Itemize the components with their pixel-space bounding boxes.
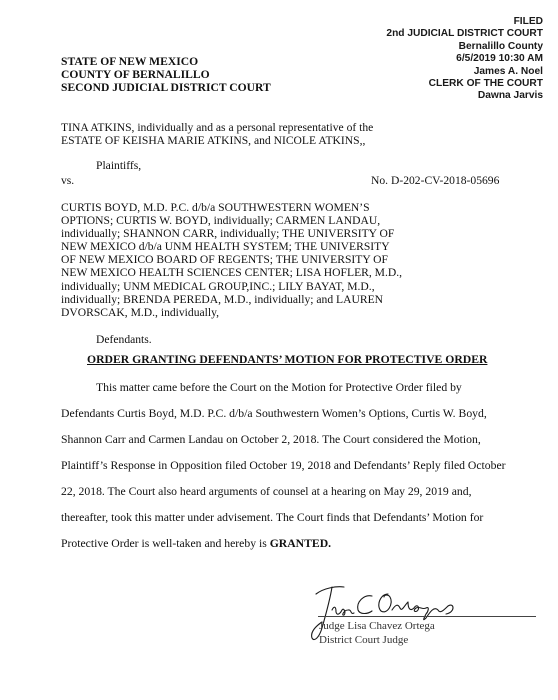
filed-stamp-line: 2nd JUDICIAL DISTRICT COURT	[386, 28, 543, 40]
defendants-line: individually; SHANNON CARR, individually…	[61, 227, 402, 240]
defendants-caption: CURTIS BOYD, M.D. P.C. d/b/a SOUTHWESTER…	[61, 201, 402, 319]
signature-block: Judge Lisa Chavez Ortega District Court …	[288, 582, 488, 652]
order-body-text: Protective Order is well-taken and hereb…	[61, 537, 270, 550]
order-body-line: 22, 2018. The Court also heard arguments…	[61, 485, 472, 498]
plaintiffs-label: Plaintiffs,	[96, 159, 141, 172]
filed-stamp-line: Bernalillo County	[386, 41, 543, 53]
granted-text: GRANTED.	[270, 537, 331, 550]
plaintiffs-line: TINA ATKINS, individually and as a perso…	[61, 121, 373, 134]
defendants-line: CURTIS BOYD, M.D. P.C. d/b/a SOUTHWESTER…	[61, 201, 402, 214]
plaintiffs-line: ESTATE OF KEISHA MARIE ATKINS, and NICOL…	[61, 134, 373, 147]
judge-name: Judge Lisa Chavez Ortega	[319, 620, 435, 632]
order-body-last-line: Protective Order is well-taken and hereb…	[61, 537, 331, 550]
filed-stamp-line: 6/5/2019 10:30 AM	[386, 53, 543, 65]
defendants-line: NEW MEXICO d/b/a UNM HEALTH SYSTEM; THE …	[61, 240, 402, 253]
defendants-line: OPTIONS; CURTIS W. BOYD, individually; C…	[61, 214, 402, 227]
defendants-line: individually; UNM MEDICAL GROUP,INC.; LI…	[61, 280, 402, 293]
defendants-label: Defendants.	[96, 333, 152, 346]
defendants-line: NEW MEXICO HEALTH SCIENCES CENTER; LISA …	[61, 266, 402, 279]
order-title: ORDER GRANTING DEFENDANTS’ MOTION FOR PR…	[87, 353, 487, 366]
vs-label: vs.	[61, 174, 74, 187]
filed-stamp-line: FILED	[386, 16, 543, 28]
filed-stamp-line: Dawna Jarvis	[386, 90, 543, 102]
defendants-line: OF NEW MEXICO BOARD OF REGENTS; THE UNIV…	[61, 253, 402, 266]
plaintiffs-caption: TINA ATKINS, individually and as a perso…	[61, 121, 373, 147]
court-header: STATE OF NEW MEXICO COUNTY OF BERNALILLO…	[61, 55, 271, 95]
signature-line	[318, 616, 536, 617]
order-body-line: Plaintiff’s Response in Opposition filed…	[61, 459, 506, 472]
filed-stamp-line: James A. Noel	[386, 66, 543, 78]
filed-stamp-line: CLERK OF THE COURT	[386, 78, 543, 90]
court-header-line: COUNTY OF BERNALILLO	[61, 68, 271, 81]
order-body-line: This matter came before the Court on the…	[96, 381, 462, 394]
order-body-line: thereafter, took this matter under advis…	[61, 511, 483, 524]
judge-title: District Court Judge	[319, 634, 408, 646]
case-number: No. D-202-CV-2018-05696	[371, 174, 499, 187]
order-body-line: Shannon Carr and Carmen Landau on Octobe…	[61, 433, 481, 446]
defendants-line: individually; BRENDA PEREDA, M.D., indiv…	[61, 293, 402, 306]
court-header-line: SECOND JUDICIAL DISTRICT COURT	[61, 81, 271, 94]
filed-stamp: FILED 2nd JUDICIAL DISTRICT COURT Bernal…	[386, 16, 543, 103]
document-page: FILED 2nd JUDICIAL DISTRICT COURT Bernal…	[0, 0, 558, 700]
order-body-line: Defendants Curtis Boyd, M.D. P.C. d/b/a …	[61, 407, 487, 420]
defendants-line: DVORSCAK, M.D., individually,	[61, 306, 402, 319]
court-header-line: STATE OF NEW MEXICO	[61, 55, 271, 68]
